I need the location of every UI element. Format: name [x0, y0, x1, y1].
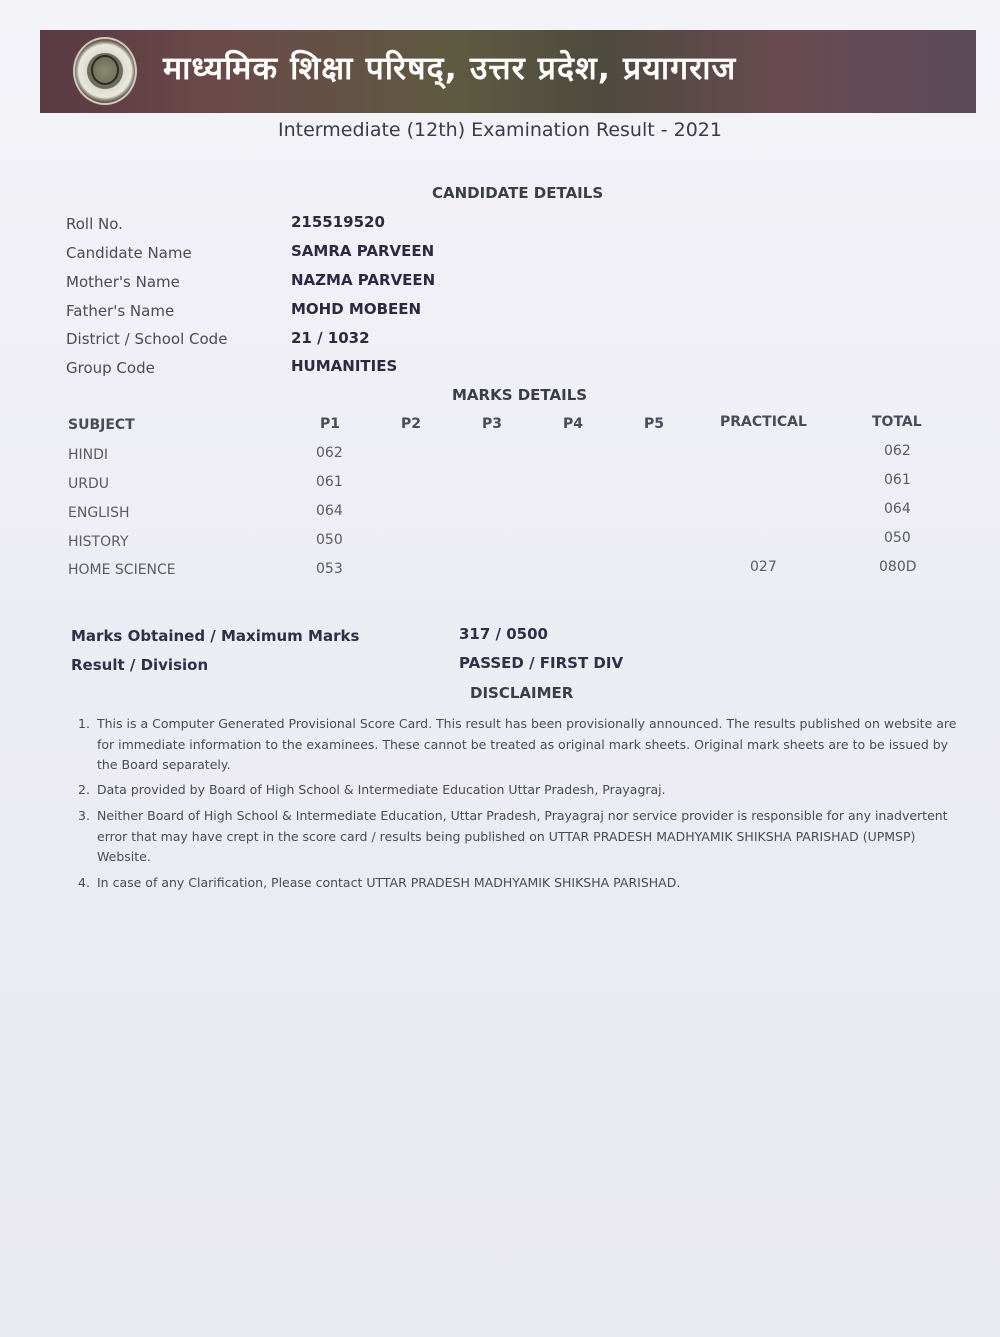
candidate-details-heading: CANDIDATE DETAILS [432, 184, 603, 202]
candidate-name-label: Candidate Name [66, 244, 192, 262]
disclaimer-item: 2. Data provided by Board of High School… [78, 780, 958, 801]
result-page: माध्यमिक शिक्षा परिषद्, उत्तर प्रदेश, प्… [0, 0, 1000, 1337]
mother-name-label: Mother's Name [66, 273, 180, 291]
p1-mark: 050 [316, 532, 343, 548]
roll-no-label: Roll No. [66, 215, 123, 233]
group-code-value: HUMANITIES [291, 357, 397, 375]
father-name-value: MOHD MOBEEN [291, 300, 421, 318]
disclaimer-item: 4. In case of any Clarification, Please … [78, 873, 958, 894]
item-text: This is a Computer Generated Provisional… [97, 714, 958, 776]
mother-name-value: NAZMA PARVEEN [291, 271, 435, 289]
total-mark: 050 [884, 530, 911, 546]
father-name-label: Father's Name [66, 302, 174, 320]
result-division-value: PASSED / FIRST DIV [459, 654, 623, 672]
item-number: 1. [78, 714, 90, 735]
col-p4: P4 [563, 416, 583, 432]
col-p1: P1 [320, 416, 340, 432]
practical-mark: 027 [750, 559, 777, 575]
group-code-label: Group Code [66, 359, 155, 377]
marks-details-heading: MARKS DETAILS [452, 386, 587, 404]
p1-mark: 053 [316, 561, 343, 577]
subject-name: ENGLISH [68, 505, 130, 521]
subject-name: HOME SCIENCE [68, 562, 176, 578]
disclaimer-item: 1. This is a Computer Generated Provisio… [78, 714, 958, 776]
subject-name: HINDI [68, 447, 108, 463]
marks-obtained-label: Marks Obtained / Maximum Marks [71, 627, 359, 645]
board-title: माध्यमिक शिक्षा परिषद्, उत्तर प्रदेश, प्… [163, 46, 736, 89]
col-subject: SUBJECT [68, 417, 135, 433]
item-number: 4. [78, 873, 90, 894]
item-number: 3. [78, 806, 90, 827]
col-total: TOTAL [872, 414, 922, 430]
disclaimer-heading: DISCLAIMER [470, 684, 573, 702]
col-p2: P2 [401, 416, 421, 432]
district-school-code-value: 21 / 1032 [291, 329, 370, 347]
col-p5: P5 [644, 416, 664, 432]
item-number: 2. [78, 780, 90, 801]
item-text: In case of any Clarification, Please con… [97, 873, 958, 894]
district-school-code-label: District / School Code [66, 330, 227, 348]
header-banner: माध्यमिक शिक्षा परिषद्, उत्तर प्रदेश, प्… [40, 30, 976, 113]
col-practical: PRACTICAL [720, 414, 807, 430]
up-emblem-icon [73, 37, 137, 105]
col-p3: P3 [482, 416, 502, 432]
total-mark: 064 [884, 501, 911, 517]
total-mark: 080D [879, 559, 917, 575]
item-text: Neither Board of High School & Intermedi… [97, 806, 958, 868]
total-mark: 061 [884, 472, 911, 488]
p1-mark: 062 [316, 445, 343, 461]
candidate-name-value: SAMRA PARVEEN [291, 242, 434, 260]
total-mark: 062 [884, 443, 911, 459]
p1-mark: 061 [316, 474, 343, 490]
subject-name: HISTORY [68, 534, 129, 550]
roll-no-value: 215519520 [291, 213, 385, 231]
result-division-label: Result / Division [71, 656, 208, 674]
p1-mark: 064 [316, 503, 343, 519]
marks-obtained-value: 317 / 0500 [459, 625, 548, 643]
subject-name: URDU [68, 476, 109, 492]
item-text: Data provided by Board of High School & … [97, 780, 958, 801]
exam-title: Intermediate (12th) Examination Result -… [0, 119, 1000, 141]
disclaimer-item: 3. Neither Board of High School & Interm… [78, 806, 958, 868]
